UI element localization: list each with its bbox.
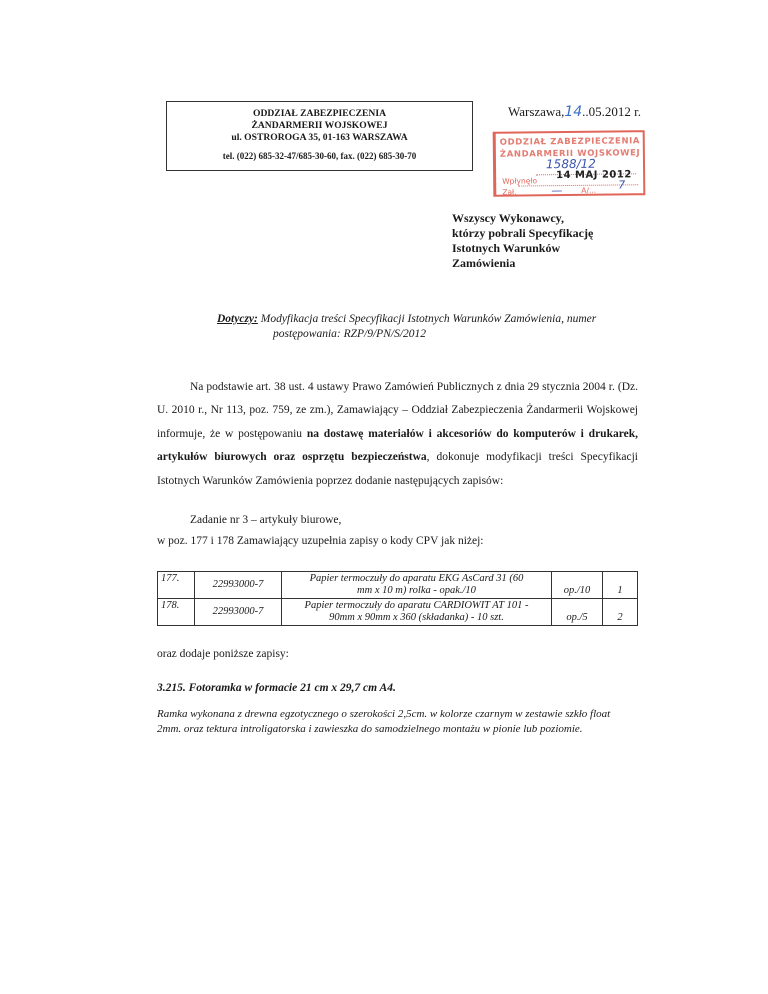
table-row: 177. 22993000-7 Papier termoczuły do apa… <box>158 572 638 599</box>
cell-quantity: 2 <box>603 599 638 626</box>
stamp-attachments-label: Zał. <box>502 187 516 199</box>
stamp-pages-value: 7 <box>618 179 625 191</box>
recipient-block: Wszyscy Wykonawcy, którzy pobrali Specyf… <box>452 211 593 271</box>
description-line1: Papier termoczuły do aparatu CARDIOWIT A… <box>285 600 548 612</box>
received-stamp: ODDZIAŁ ZABEZPIECZENIA ŻANDARMERII WOJSK… <box>493 130 646 197</box>
date-rest: ..05.2012 r. <box>582 104 641 119</box>
date-day-handwritten: 14 <box>564 104 582 120</box>
subject-continuation: postępowania: RZP/9/PN/S/2012 <box>217 327 637 342</box>
cell-description: Papier termoczuły do aparatu CARDIOWIT A… <box>282 599 552 626</box>
task-title: Zadanie nr 3 – artykuły biurowe, <box>190 514 341 526</box>
section-description: Ramka wykonana z drewna egzotycznego o s… <box>157 707 627 736</box>
cell-cpv: 22993000-7 <box>195 572 282 599</box>
recipient-line1: Wszyscy Wykonawcy, <box>452 211 593 226</box>
description-line1: Papier termoczuły do aparatu EKG AsCard … <box>285 573 548 585</box>
cell-description: Papier termoczuły do aparatu EKG AsCard … <box>282 572 552 599</box>
description-line2: mm x 10 m) rolka - opak./10 <box>285 585 548 597</box>
task-intro: w poz. 177 i 178 Zamawiający uzupełnia z… <box>157 535 484 547</box>
recipient-line2: którzy pobrali Specyfikację <box>452 226 593 241</box>
sender-address: ul. OSTROROGA 35, 01-163 WARSZAWA <box>167 132 472 144</box>
sender-name-line1: ODDZIAŁ ZABEZPIECZENIA <box>167 108 472 120</box>
section-title: 3.215. Fotoramka w formacie 21 cm x 29,7… <box>157 682 396 694</box>
subject-text: Modyfikacja treści Specyfikacji Istotnyc… <box>261 313 596 325</box>
document-date: Warszawa,14..05.2012 r. <box>508 104 641 120</box>
stamp-attachments-value: — <box>551 185 562 197</box>
subject-label: Dotyczy: <box>217 313 258 325</box>
date-city: Warszawa, <box>508 104 564 119</box>
items-table: 177. 22993000-7 Papier termoczuły do apa… <box>157 571 638 626</box>
recipient-line3: Istotnych Warunków <box>452 241 593 256</box>
additional-intro: oraz dodaje poniższe zapisy: <box>157 648 289 660</box>
table-row: 178. 22993000-7 Papier termoczuły do apa… <box>158 599 638 626</box>
sender-phone-fax: tel. (022) 685-32-47/685-30-60, fax. (02… <box>167 150 472 162</box>
sender-name-line2: ŻANDARMERII WOJSKOWEJ <box>167 120 472 132</box>
stamp-pages-label: A/... <box>581 185 596 197</box>
cell-lp: 177. <box>158 572 195 599</box>
cell-unit: op./10 <box>552 572 603 599</box>
cell-unit: op./5 <box>552 599 603 626</box>
stamp-number: 1588/12 <box>546 158 596 171</box>
subject-line: Dotyczy: Modyfikacja treści Specyfikacji… <box>217 312 637 342</box>
cell-lp: 178. <box>158 599 195 626</box>
recipient-line4: Zamówienia <box>452 256 593 271</box>
cell-cpv: 22993000-7 <box>195 599 282 626</box>
cell-quantity: 1 <box>603 572 638 599</box>
body-paragraph: Na podstawie art. 38 ust. 4 ustawy Prawo… <box>157 376 638 493</box>
sender-header-box: ODDZIAŁ ZABEZPIECZENIA ŻANDARMERII WOJSK… <box>166 101 473 171</box>
description-line2: 90mm x 90mm x 360 (składanka) - 10 szt. <box>285 612 548 624</box>
